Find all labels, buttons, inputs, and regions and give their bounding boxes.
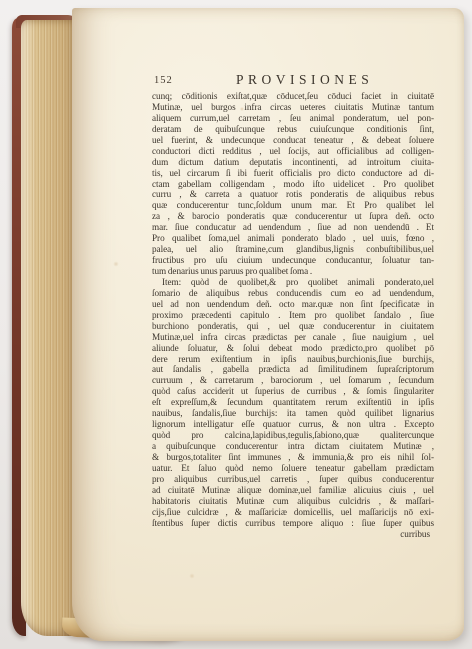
- text-line: habitatoris ciuitatis Mutinæ cum aliquib…: [152, 496, 434, 507]
- text-line: tis, uel circarum ſi ibi fuerit official…: [152, 168, 434, 179]
- page-number: 152: [154, 75, 173, 86]
- catchword: curribus: [152, 529, 434, 540]
- text-line: Pro qualibet ſoma,uel animali ponderato …: [152, 233, 434, 244]
- text-line: za , & barocio ponderatis quæ conduceren…: [152, 211, 434, 222]
- text-line: ctam gabellam colligendam , modo iſto ui…: [152, 179, 434, 190]
- text-line: lignorum intelligatur eſſe quatuor curru…: [152, 419, 434, 430]
- text-line: uatur. Et ſaluo quòd nemo ſoluere teneat…: [152, 463, 434, 474]
- text-line: Item: quòd de quolibet,& pro quolibet an…: [152, 277, 434, 288]
- text-line: uel ad non uendendum deñ. octo mar.quæ n…: [152, 299, 434, 310]
- text-line: cijs,ſiue culcidræ , & maſſariciæ domice…: [152, 507, 434, 518]
- text-line: aliquem currum,uel carretam , ſeu animal…: [152, 113, 434, 124]
- text-line: deratam de quibuſcunque rebus cuiuſcunqu…: [152, 124, 434, 135]
- page-header: 152 PROVISIONES: [152, 72, 434, 88]
- text-line: pro aliquibus curribus,uel carretis , ſu…: [152, 474, 434, 485]
- text-line: curru , & carreta a quatuor rotis ponder…: [152, 189, 434, 200]
- text-line: & burgos,totaliter ſint immunes , & immu…: [152, 452, 434, 463]
- text-line: aut ſandalis , gabella prædicta ad ſimil…: [152, 364, 434, 375]
- text-line: quòd caſus acciderit ut ſuperius de curr…: [152, 386, 434, 397]
- text-line: ſomario de aliquibus rebus conducendis c…: [152, 288, 434, 299]
- text-line: a quibuſcunque conducerentur intra dicta…: [152, 441, 434, 452]
- body-text: cunq; cōditionis exiſtat,quæ cōducet,ſeu…: [152, 91, 434, 529]
- text-line: quòd pro calcina,lapidibus,tegulis,ſabio…: [152, 430, 434, 441]
- text-line: nauibus, ſandalis,ſiue burchijs: ita tam…: [152, 408, 434, 419]
- text-line: burchiono ponderatis, qui , uel quæ cond…: [152, 321, 434, 332]
- text-line: uel fuerint, & undecunque conducat tenea…: [152, 135, 434, 146]
- text-line: eſt expreſſum,& ſecundum quantitatem rer…: [152, 397, 434, 408]
- text-line: mar. ſiue conducatur ad uendendum , ſiue…: [152, 222, 434, 233]
- text-line: Mutinæ,uel infra circas prædictas per ca…: [152, 332, 434, 343]
- book-page: 152 PROVISIONES cunq; cōditionis exiſtat…: [72, 8, 464, 641]
- text-line: proximo præcedenti capitulo . Item pro q…: [152, 310, 434, 321]
- text-line: Mutinæ, uel burgos infra circas ueteres …: [152, 102, 434, 113]
- text-line: palea, uel alio ſtramine,cum glandibus,l…: [152, 244, 434, 255]
- text-line: dere rerum exiſtentium in ipſis nauibus,…: [152, 354, 434, 365]
- text-line: ſtentibus ſuper dictis curribus tempore …: [152, 518, 434, 529]
- text-line: tum denarius unus paruus pro qualibet ſo…: [152, 266, 434, 277]
- text-line: conductori dicti redditus , uel ſocijs, …: [152, 146, 434, 157]
- text-line: quæ conducerentur tunc,ſoldum unum mar. …: [152, 200, 434, 211]
- running-title: PROVISIONES: [236, 72, 373, 88]
- text-line: aliunde ſoluatur, & ſolui debeat modo pr…: [152, 343, 434, 354]
- text-line: dum dictum datium deputatis incontinenti…: [152, 157, 434, 168]
- book-photo: 152 PROVISIONES cunq; cōditionis exiſtat…: [10, 6, 464, 644]
- text-line: cunq; cōditionis exiſtat,quæ cōducet,ſeu…: [152, 91, 434, 102]
- text-line: curruum , & carretarum , barociorum , ue…: [152, 375, 434, 386]
- text-block: 152 PROVISIONES cunq; cōditionis exiſtat…: [152, 72, 434, 539]
- text-line: ad ciuitatē Mutinæ aliquæ dominæ,uel fam…: [152, 485, 434, 496]
- text-line: fructibus pro uſu ciuium undecunque cond…: [152, 255, 434, 266]
